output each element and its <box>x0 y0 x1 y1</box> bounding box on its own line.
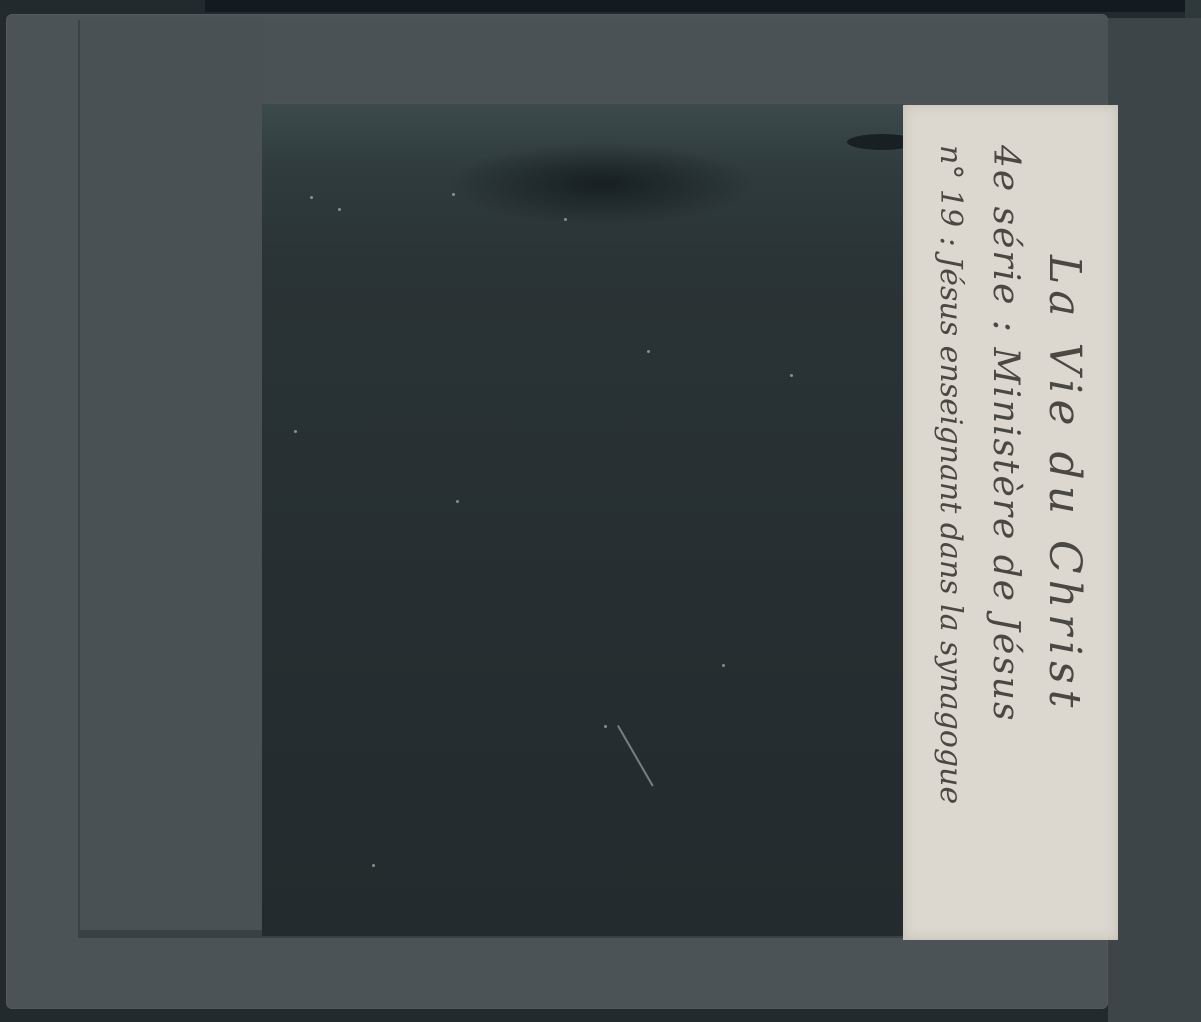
background-surface <box>205 0 1201 12</box>
dust-speck <box>564 218 567 221</box>
lantern-slide-photo: La Vie du Christ 4e série : Ministère de… <box>0 0 1201 1022</box>
dust-speck <box>722 664 725 667</box>
label-title: La Vie du Christ <box>1039 255 1090 713</box>
dust-speck <box>372 864 375 867</box>
glass-scratch <box>617 725 654 787</box>
dust-speck <box>604 725 607 728</box>
mount-edge <box>1108 18 1201 1022</box>
label-slide-number: n° 19 : Jésus enseignant dans la synagog… <box>933 145 968 804</box>
dust-speck <box>647 350 650 353</box>
dust-speck <box>452 193 455 196</box>
dark-silhouette <box>847 134 905 150</box>
label-series: 4e série : Ministère de Jésus <box>985 145 1026 722</box>
handwritten-label: La Vie du Christ 4e série : Ministère de… <box>903 105 1118 940</box>
dust-speck <box>338 208 341 211</box>
dust-speck <box>790 374 793 377</box>
binding-tape-left <box>78 20 265 935</box>
dust-speck <box>310 196 313 199</box>
glass-plate-image <box>262 104 905 936</box>
label-text-rotated: La Vie du Christ 4e série : Ministère de… <box>903 105 1118 940</box>
dust-speck <box>294 430 297 433</box>
dust-speck <box>456 500 459 503</box>
